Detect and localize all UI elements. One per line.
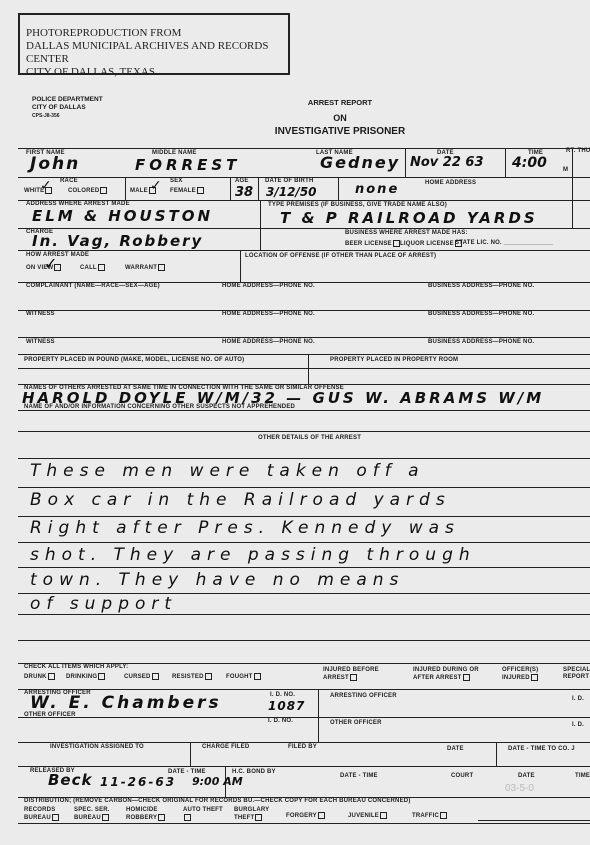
- witness-1-home-label: HOME ADDRESS—PHONE NO.: [222, 311, 315, 317]
- other-details-label: OTHER DETAILS OF THE ARREST: [258, 435, 361, 441]
- checkbox-icon: [48, 673, 55, 680]
- rule: [18, 542, 590, 543]
- divider: [230, 177, 231, 200]
- divider: [318, 689, 319, 742]
- complainant-home-label: HOME ADDRESS—PHONE NO.: [222, 283, 315, 289]
- home-address-value[interactable]: none: [355, 182, 399, 197]
- court-label: COURT: [451, 773, 473, 779]
- divider: [308, 354, 309, 384]
- other-officer-2-id-label: I. D.: [572, 722, 584, 728]
- date-time-co-label: DATE - TIME TO CO. J: [508, 746, 575, 752]
- date-filed-label: DATE: [447, 746, 464, 752]
- drunk-checkbox[interactable]: DRUNK: [24, 673, 55, 680]
- dept-name: POLICE DEPARTMENT: [32, 96, 103, 104]
- witness-2-home-label: HOME ADDRESS—PHONE NO.: [222, 339, 315, 345]
- checkbox-icon: [197, 187, 204, 194]
- age-value[interactable]: 38: [235, 185, 253, 200]
- drinking-label: DRINKING: [66, 674, 97, 680]
- narrative-line: Right after Pres. Kennedy was: [30, 518, 460, 538]
- rule: [18, 354, 590, 355]
- filed-by-label: FILED BY: [288, 744, 317, 750]
- property-pound-label: PROPERTY PLACED IN POUND (MAKE, MODEL, L…: [24, 357, 244, 363]
- drinking-checkbox[interactable]: DRINKING: [66, 673, 105, 680]
- male-label: MALE: [130, 188, 148, 194]
- beer-license-checkbox[interactable]: BEER LICENSE: [345, 240, 400, 247]
- race-label: RACE: [60, 178, 78, 184]
- business-has-label: BUSINESS WHERE ARREST MADE HAS:: [345, 230, 468, 236]
- call-checkbox[interactable]: CALL: [80, 264, 105, 271]
- checkbox-icon: [158, 264, 165, 271]
- rule: [18, 250, 590, 251]
- rule: [18, 717, 590, 718]
- released-date-value[interactable]: 11-26-63: [100, 775, 176, 789]
- beer-license-label: BEER LICENSE: [345, 241, 392, 247]
- rule: [18, 516, 590, 517]
- court-date-label: DATE: [518, 773, 535, 779]
- traffic-label: TRAFFIC: [412, 813, 439, 819]
- rule: [18, 458, 590, 459]
- juvenile-label: JUVENILE: [348, 813, 379, 819]
- middle-name-value[interactable]: FORREST: [135, 156, 240, 174]
- other-suspects-label: NAME OF AND/OR INFORMATION CONCERNING OT…: [24, 404, 295, 410]
- rule: [18, 567, 590, 568]
- checkbox-icon: [318, 812, 325, 819]
- form-title: ARREST REPORT ON INVESTIGATIVE PRISONER: [255, 98, 425, 137]
- divider: [405, 148, 406, 177]
- liquor-license-label: LIQUOR LICENSE: [400, 241, 454, 247]
- property-room-label: PROPERTY PLACED IN PROPERTY ROOM: [330, 357, 458, 363]
- rule: [18, 823, 590, 824]
- race-check-mark: ✓: [40, 178, 54, 194]
- records-bureau-checkbox[interactable]: RECORDS BUREAU: [24, 807, 74, 822]
- witness-2-label: WITNESS: [26, 339, 55, 345]
- checkbox-icon: [98, 264, 105, 271]
- juvenile-checkbox[interactable]: JUVENILE: [348, 812, 387, 819]
- type-premises-value[interactable]: T & P RAILROAD YARDS: [280, 209, 538, 227]
- drunk-label: DRUNK: [24, 674, 47, 680]
- divider: [260, 200, 261, 250]
- complainant-business-label: BUSINESS ADDRESS—PHONE NO.: [428, 283, 534, 289]
- divider: [338, 177, 339, 200]
- distribution-label: DISTRIBUTION; (REMOVE CARBON—CHECK ORIGI…: [24, 798, 411, 804]
- officer-injured-checkbox[interactable]: OFFICER(S) INJURED: [502, 667, 542, 682]
- narrative-line: shot. They are passing through: [30, 545, 476, 565]
- arresting-officer-2-id-label: I. D.: [572, 696, 584, 702]
- checkbox-icon: [100, 187, 107, 194]
- last-name-value[interactable]: Gedney: [320, 153, 400, 172]
- auto-theft-label: AUTO THEFT: [183, 807, 223, 813]
- check-all-label: CHECK ALL ITEMS WHICH APPLY:: [24, 664, 128, 670]
- divider: [505, 148, 506, 177]
- released-time-value[interactable]: 9:00 AM: [192, 775, 243, 788]
- records-bureau-label: RECORDS BUREAU: [24, 807, 55, 821]
- fought-label: FOUGHT: [226, 674, 253, 680]
- time-value[interactable]: 4:00: [512, 155, 547, 171]
- address-arrest-value[interactable]: ELM & HOUSTON: [32, 207, 213, 225]
- narrative-line: of support: [30, 594, 177, 614]
- rule: [18, 766, 590, 767]
- cursed-checkbox[interactable]: CURSED: [124, 673, 159, 680]
- form-number: CPS-J8-356: [32, 112, 103, 120]
- injured-during-checkbox[interactable]: INJURED DURING OR AFTER ARREST: [413, 667, 488, 682]
- checkbox-icon: [350, 674, 357, 681]
- rule: [18, 337, 590, 338]
- released-by-value[interactable]: Beck: [48, 771, 92, 789]
- homicide-robbery-checkbox[interactable]: HOMICIDE ROBBERY: [126, 807, 181, 822]
- checkbox-icon: [52, 814, 59, 821]
- stamp-line-3: CITY OF DALLAS, TEXAS: [26, 66, 282, 79]
- rule: [18, 689, 590, 690]
- rule: [18, 410, 590, 411]
- rule: [18, 742, 590, 743]
- stamp-line-1: PHOTOREPRODUCTION FROM: [26, 27, 282, 40]
- rule: [18, 640, 590, 641]
- resisted-checkbox[interactable]: RESISTED: [172, 673, 212, 680]
- dob-label: DATE OF BIRTH: [265, 178, 314, 184]
- dob-value[interactable]: 3/12/50: [266, 185, 317, 199]
- dept-city: CITY OF DALLAS: [32, 104, 103, 112]
- rule: [18, 368, 590, 369]
- bond-date-time-label: DATE - TIME: [340, 773, 378, 779]
- injured-before-checkbox[interactable]: INJURED BEFORE ARREST: [323, 667, 383, 682]
- checkbox-icon: [205, 673, 212, 680]
- forgery-label: FORGERY: [286, 813, 317, 819]
- checkbox-icon: [393, 240, 400, 247]
- homicide-label: HOMICIDE ROBBERY: [126, 807, 158, 821]
- arresting-officer-2-label: ARRESTING OFFICER: [330, 693, 397, 699]
- female-label: FEMALE: [170, 188, 196, 194]
- age-label: AGE: [235, 178, 249, 184]
- type-premises-label: TYPE PREMISES (IF BUSINESS, GIVE TRADE N…: [268, 202, 447, 208]
- date-value[interactable]: Nov 22 63: [410, 155, 484, 170]
- checkbox-icon: [254, 673, 261, 680]
- rule: [18, 228, 590, 229]
- witness-2-business-label: BUSINESS ADDRESS—PHONE NO.: [428, 339, 534, 345]
- checkbox-icon: [184, 814, 191, 821]
- arresting-id-value[interactable]: 1087: [268, 699, 305, 713]
- burglary-theft-checkbox[interactable]: BURGLARY THEFT: [234, 807, 279, 822]
- other-officer-2-label: OTHER OFFICER: [330, 720, 382, 726]
- on-view-check-mark: ✓: [44, 254, 59, 273]
- sex-label: SEX: [170, 178, 183, 184]
- forgery-checkbox[interactable]: FORGERY: [286, 812, 325, 819]
- divider: [572, 148, 573, 228]
- title-line-3: INVESTIGATIVE PRISONER: [255, 126, 425, 137]
- cursed-label: CURSED: [124, 674, 151, 680]
- blank-line: [478, 820, 590, 821]
- stamp-line-2: DALLAS MUNICIPAL ARCHIVES AND RECORDS CE…: [26, 40, 282, 66]
- checkbox-icon: [380, 812, 387, 819]
- checkbox-icon: [152, 673, 159, 680]
- arresting-id-label: I. D. NO.: [270, 692, 295, 698]
- checkbox-icon: [531, 674, 538, 681]
- checkbox-icon: [440, 812, 447, 819]
- burglary-label: BURGLARY THEFT: [234, 807, 269, 821]
- liquor-license-checkbox[interactable]: LIQUOR LICENSE: [400, 240, 462, 247]
- narrative-line: These men were taken off a: [30, 461, 425, 481]
- narrative-line: Box car in the Railroad yards: [30, 490, 451, 510]
- sex-female-checkbox[interactable]: FEMALE: [170, 187, 204, 194]
- charge-value[interactable]: In. Vag, Robbery: [32, 232, 203, 250]
- state-lic-label: STATE LIC. NO.: [455, 240, 502, 246]
- department-block: POLICE DEPARTMENT CITY OF DALLAS CPS-J8-…: [32, 96, 103, 120]
- state-lic-field[interactable]: STATE LIC. NO. ______________: [455, 240, 553, 246]
- witness-1-business-label: BUSINESS ADDRESS—PHONE NO.: [428, 311, 534, 317]
- court-time-label: TIME: [575, 773, 590, 779]
- investigation-label: INVESTIGATION ASSIGNED TO: [50, 744, 144, 750]
- traffic-checkbox[interactable]: TRAFFIC: [412, 812, 447, 819]
- spec-ser-checkbox[interactable]: SPEC. SER. BUREAU: [74, 807, 124, 822]
- checkbox-icon: [98, 673, 105, 680]
- resisted-label: RESISTED: [172, 674, 204, 680]
- other-id-label: I. D. NO.: [268, 718, 293, 724]
- complainant-label: COMPLAINANT (NAME—RACE—SEX—AGE): [26, 283, 160, 289]
- hc-bond-label: H.C. BOND BY: [232, 769, 276, 775]
- checkbox-icon: [158, 814, 165, 821]
- divider: [496, 742, 497, 766]
- witness-1-label: WITNESS: [26, 311, 55, 317]
- call-label: CALL: [80, 265, 97, 271]
- divider: [190, 742, 191, 766]
- auto-theft-checkbox[interactable]: AUTO THEFT: [183, 807, 223, 822]
- first-name-value[interactable]: John: [30, 154, 80, 174]
- rule: [18, 487, 590, 488]
- divider: [258, 177, 259, 200]
- special-report-label: SPECIAL REPORT: [563, 667, 590, 681]
- title-line-1: ARREST REPORT: [255, 98, 425, 107]
- checkbox-icon: [255, 814, 262, 821]
- arresting-officer-value[interactable]: W. E. Chambers: [30, 693, 222, 713]
- rule: [18, 614, 590, 615]
- sex-check-mark: ✓: [150, 178, 164, 194]
- arrest-report-page: PHOTOREPRODUCTION FROM DALLAS MUNICIPAL …: [0, 0, 590, 845]
- race-colored-checkbox[interactable]: COLORED: [68, 187, 107, 194]
- title-line-2: ON: [255, 113, 425, 123]
- time-suffix: M: [563, 167, 568, 173]
- archive-stamp: PHOTOREPRODUCTION FROM DALLAS MUNICIPAL …: [18, 13, 290, 75]
- rule: [18, 431, 590, 432]
- warrant-checkbox[interactable]: WARRANT: [125, 264, 165, 271]
- location-offense-label: LOCATION OF OFFENSE (IF OTHER THAN PLACE…: [245, 253, 436, 259]
- warrant-label: WARRANT: [125, 265, 157, 271]
- home-address-label: HOME ADDRESS: [425, 180, 476, 186]
- fought-checkbox[interactable]: FOUGHT: [226, 673, 261, 680]
- divider: [125, 177, 126, 200]
- narrative-line: town. They have no means: [30, 570, 404, 590]
- faint-mark: 03-5-0: [505, 783, 534, 794]
- checkbox-icon: [463, 674, 470, 681]
- divider: [240, 250, 241, 282]
- charge-filed-label: CHARGE FILED: [202, 744, 249, 750]
- checkbox-icon: [102, 814, 109, 821]
- other-officer-label: OTHER OFFICER: [24, 712, 76, 718]
- colored-label: COLORED: [68, 188, 99, 194]
